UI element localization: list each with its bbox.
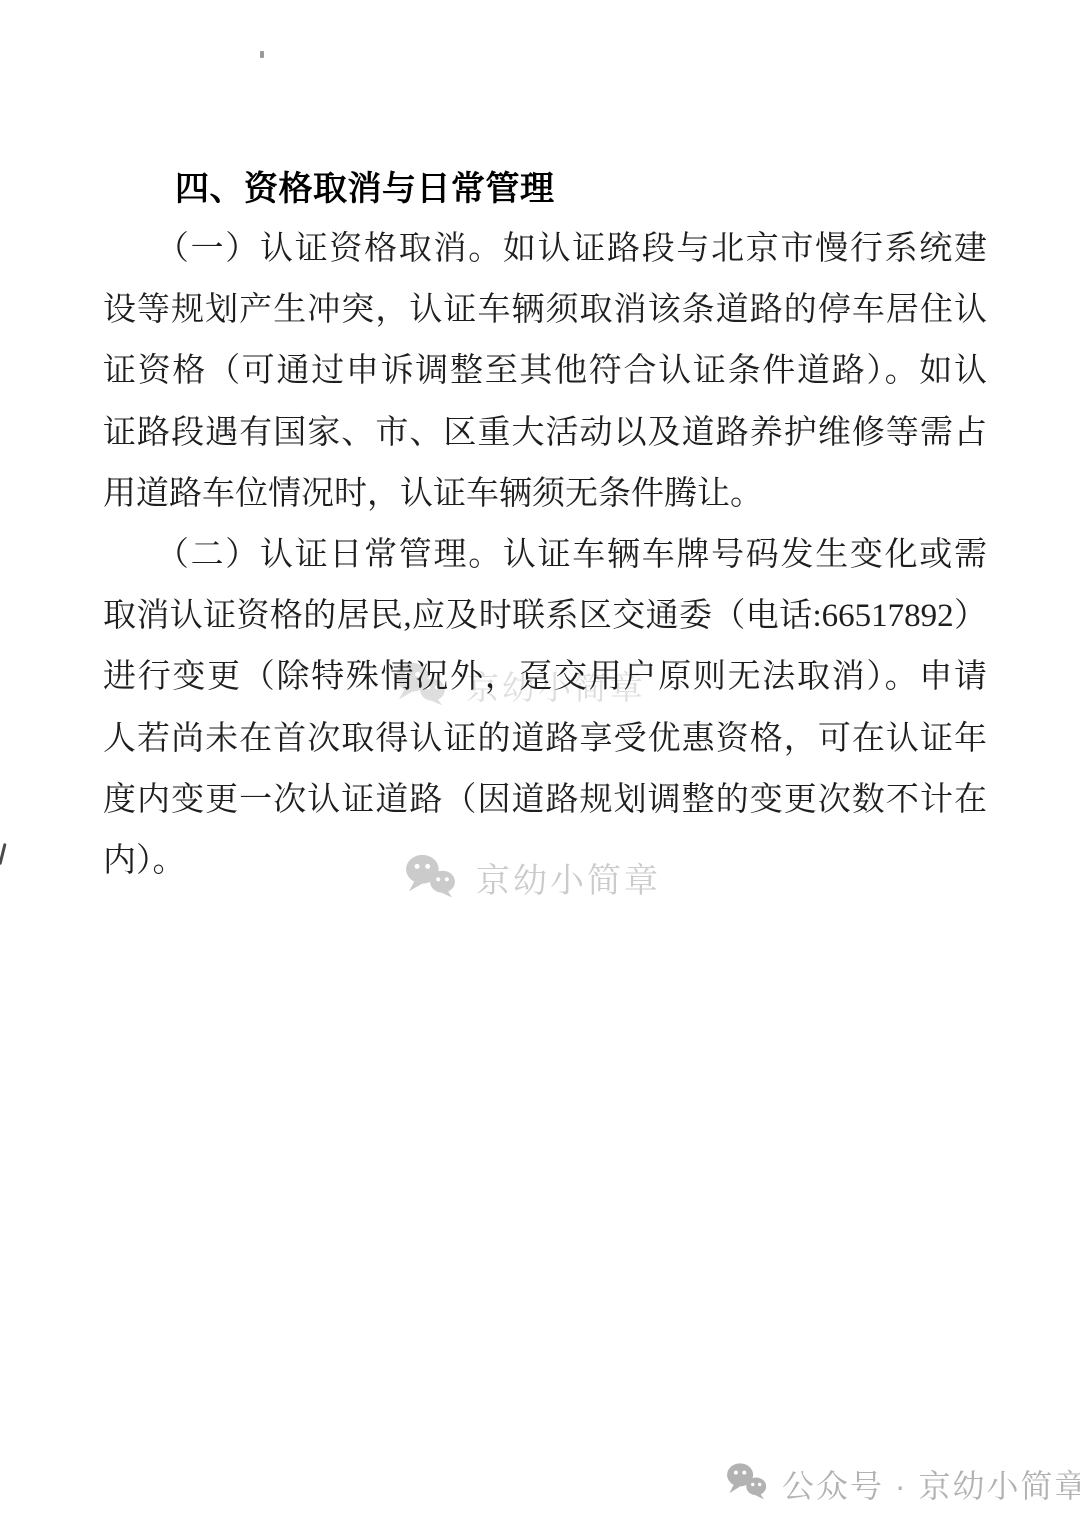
watermark-footer-text: 公众号 · 京幼小简章 <box>782 1461 1080 1507</box>
section-heading: 四、资格取消与日常管理 <box>175 161 555 210</box>
text-line: 设等规划产生冲突，认证车辆须取消该条道路的停车居住认 <box>103 280 987 341</box>
document-page: 京幼小简章 京幼小简章 四、资格取消与日常管理 （一）认证资格取消。如认证路段与… <box>0 0 1080 1528</box>
text-line: 用道路车位情况时，认证车辆须无条件腾让。 <box>103 464 987 525</box>
watermark-footer: 公众号 · 京幼小简章 <box>724 1460 1080 1507</box>
text-line: （二）认证日常管理。认证车辆车牌号码发生变化或需 <box>103 525 987 586</box>
text-line: 人若尚未在首次取得认证的道路享受优惠资格，可在认证年 <box>103 709 987 770</box>
text-line: 进行变更（除特殊情况外，趸交用户原则无法取消）。申请 <box>103 647 987 708</box>
text-line: 度内变更一次认证道路（因道路规划调整的变更次数不计在 <box>103 770 987 831</box>
text-line: 内）。 <box>103 831 987 892</box>
scan-artifact-dot <box>260 51 264 58</box>
text-line: 取消认证资格的居民,应及时联系区交通委（电话:66517892） <box>103 586 987 647</box>
wechat-logo-icon <box>724 1460 770 1507</box>
text-line: 证路段遇有国家、市、区重大活动以及道路养护维修等需占 <box>103 403 987 464</box>
text-line: 证资格（可通过申诉调整至其他符合认证条件道路）。如认 <box>103 341 987 402</box>
document-body: （一）认证资格取消。如认证路段与北京市慢行系统建设等规划产生冲突，认证车辆须取消… <box>103 219 987 892</box>
scan-artifact-mark <box>0 843 7 865</box>
text-line: （一）认证资格取消。如认证路段与北京市慢行系统建 <box>103 219 987 280</box>
